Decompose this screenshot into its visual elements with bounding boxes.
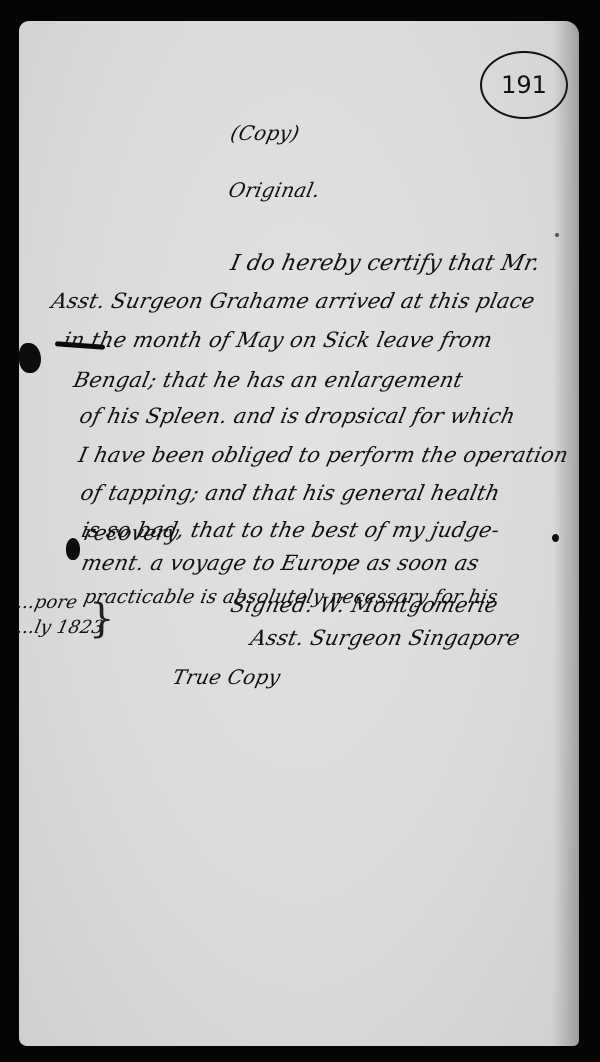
true-copy-attestation: True Copy <box>170 665 282 689</box>
ink-dot <box>552 534 559 542</box>
body-line: ment. a voyage to Europe as soon as <box>79 551 481 575</box>
body-line: Asst. Surgeon Grahame arrived at this pl… <box>49 289 537 313</box>
folio-number: 191 <box>501 71 547 99</box>
body-line: Bengal; that he has an enlargement <box>71 368 465 392</box>
ink-dot <box>555 233 559 237</box>
heading-copy: (Copy) <box>228 121 301 145</box>
body-line: I have been obliged to perform the opera… <box>76 443 570 467</box>
margin-brace: } <box>89 596 115 642</box>
ink-blot <box>19 343 41 373</box>
folio-number-circle: 191 <box>480 51 568 119</box>
body-line: in the month of May on Sick leave from <box>61 328 494 352</box>
heading-original: Original. <box>226 178 322 202</box>
margin-note-place: ...pore <box>19 592 79 613</box>
body-line: of his Spleen. and is dropsical for whic… <box>77 404 517 428</box>
signature-name: Signed. W. Montgomerie <box>228 593 500 617</box>
body-line: recovery <box>81 521 181 545</box>
body-line: of tapping; and that his general health <box>78 481 502 505</box>
ink-blot <box>66 538 80 560</box>
body-line: I do hereby certify that Mr. <box>228 251 542 276</box>
manuscript-page: 191 (Copy) Original. I do hereby certify… <box>19 21 579 1046</box>
signature-title: Asst. Surgeon Singapore <box>248 626 522 650</box>
